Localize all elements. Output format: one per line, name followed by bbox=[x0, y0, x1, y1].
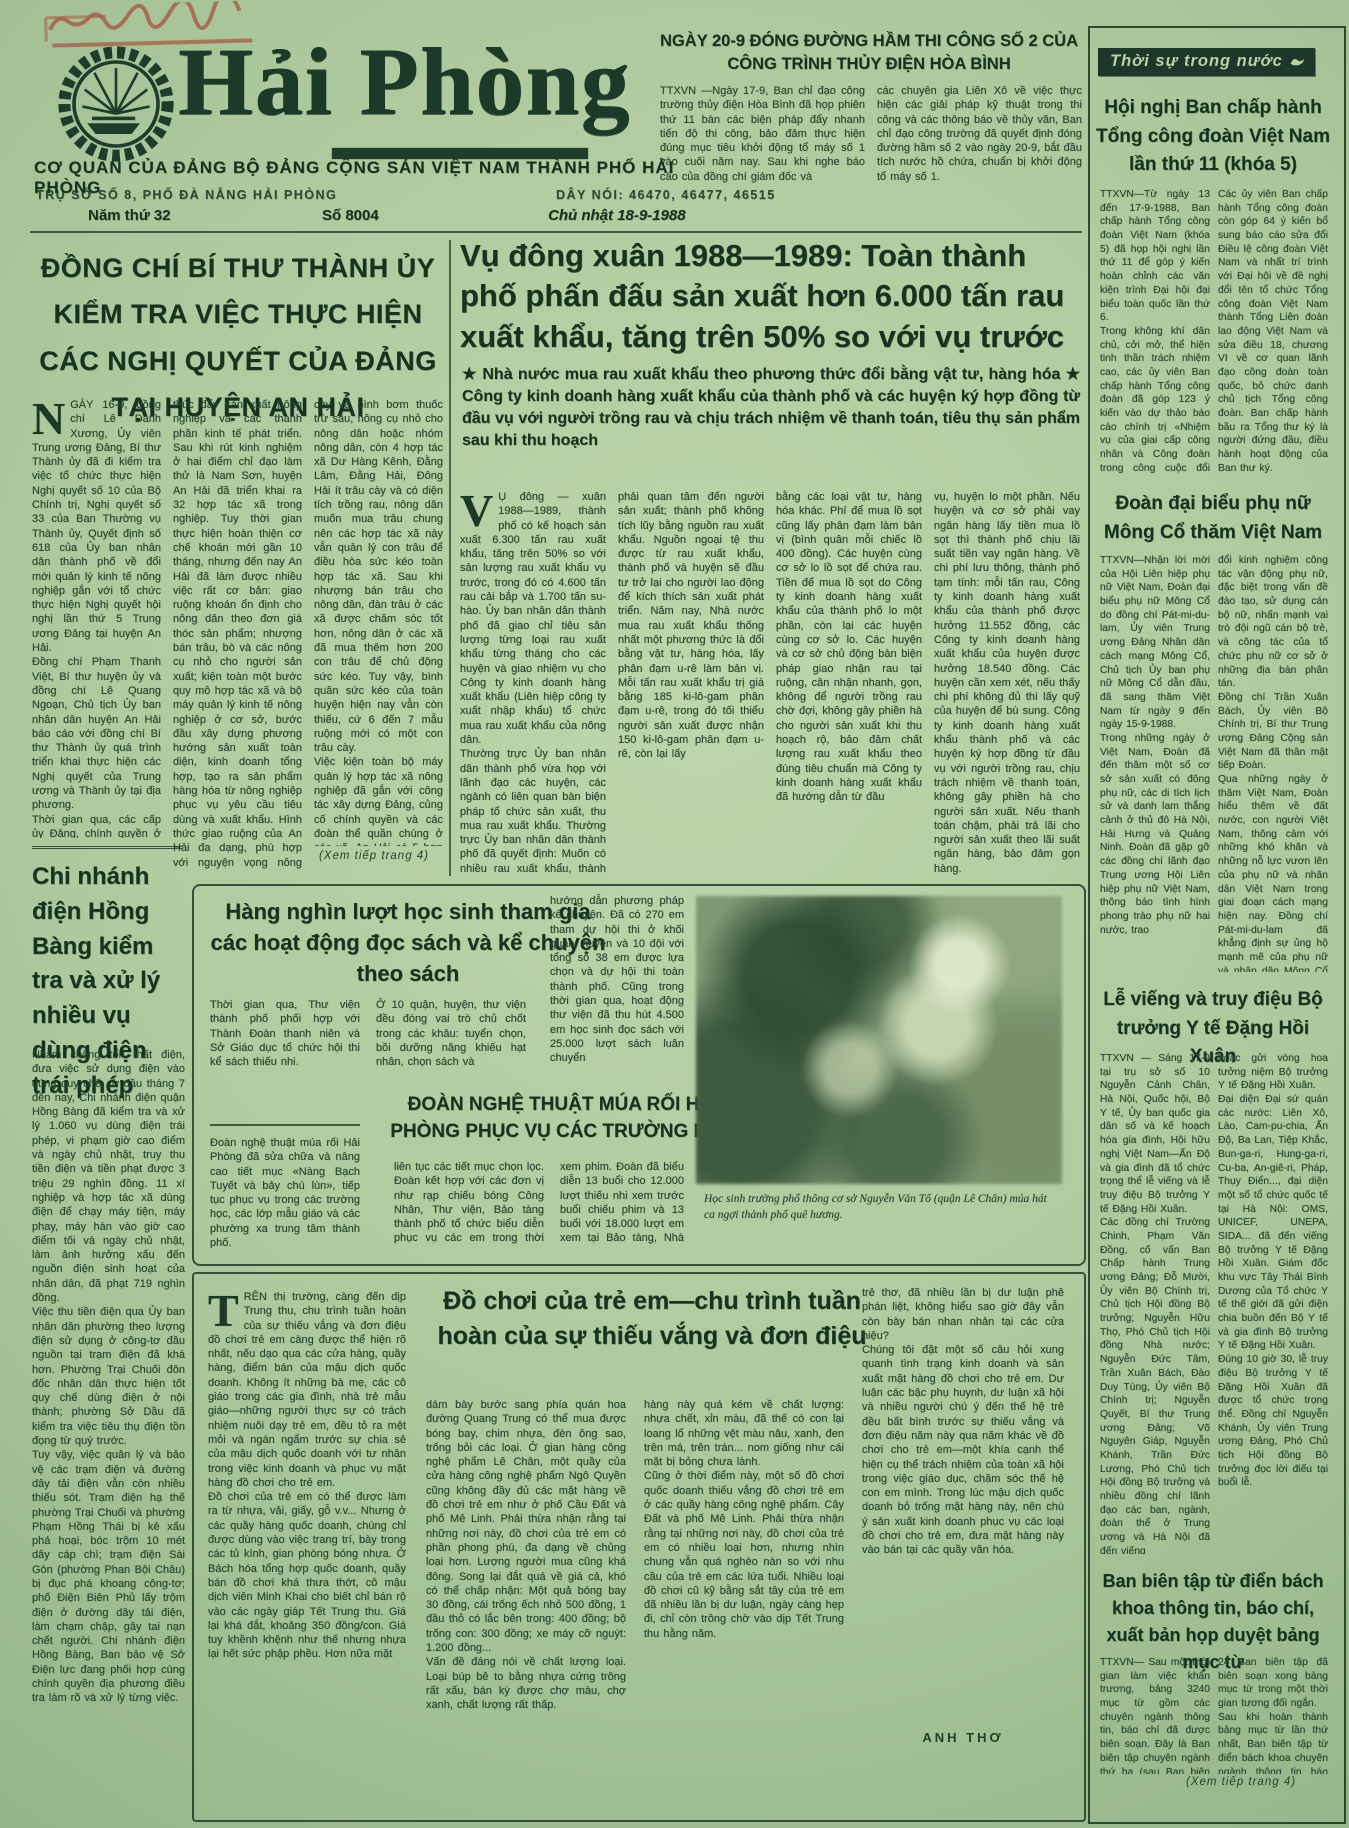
union-congress-col-1: TTXVN—Từ ngày 13 đến 17-9-1988, Ban chấp… bbox=[1100, 188, 1210, 476]
encyclopedia-col-2: 24 Ban biên tập đã biên soạn xong bảng m… bbox=[1218, 1656, 1328, 1774]
dong-xuan-col-1: VỤ đông — xuân 1988—1989, thành phố có k… bbox=[460, 490, 606, 875]
an-hai-col-1: NGÀY 16-9, đồng chí Lê Danh Xương, Ủy vi… bbox=[32, 398, 161, 838]
mongolia-delegation-title: Đoàn đại biểu phụ nữ Mông Cổ thăm Việt N… bbox=[1096, 490, 1330, 547]
memorial-col-1: TTXVN — Sáng 17-9 tại trụ sở số 10 Nguyễ… bbox=[1100, 1052, 1210, 1554]
dong-xuan-col-4: vụ, huyện lo một phần. Nếu huyện và cơ s… bbox=[934, 490, 1080, 875]
mua-roi-col-2: liên tục các tiết mục chọn lọc. Đoàn kết… bbox=[394, 1160, 544, 1246]
year-label: Năm thứ 32 bbox=[88, 207, 171, 224]
an-hai-dropcap: N bbox=[32, 401, 65, 438]
an-hai-continued-note: (Xem tiếp trang 4) bbox=[304, 850, 444, 862]
dong-xuan-body: VỤ đông — xuân 1988—1989, thành phố có k… bbox=[460, 490, 1082, 875]
dong-xuan-subhead: ★ Nhà nước mua rau xuất khẩu theo phương… bbox=[462, 364, 1080, 452]
hoc-sinh-col-3: hướng dẫn phương pháp kể chuyện. Đã có 2… bbox=[550, 894, 684, 1086]
gear-emblem-icon bbox=[56, 44, 176, 164]
mua-roi-article-title: ĐOÀN NGHỆ THUẬT MÚA RỐI HẢI PHÒNG PHỤC V… bbox=[390, 1092, 736, 1145]
memorial-body: TTXVN — Sáng 17-9 tại trụ sở số 10 Nguyễ… bbox=[1100, 1052, 1328, 1554]
union-congress-title: Hội nghị Ban chấp hành Tổng công đoàn Vi… bbox=[1096, 94, 1330, 180]
students-photo bbox=[696, 896, 1062, 1184]
section-divider bbox=[32, 846, 182, 849]
domestic-banner-label: Thời sự trong nước bbox=[1110, 52, 1283, 71]
do-choi-col-3: hàng này quá kém về chất lượng: nhựa chế… bbox=[644, 1398, 844, 1796]
encyclopedia-body: TTXVN— Sau một thời gian làm việc khẩn t… bbox=[1100, 1656, 1328, 1774]
mongolia-col-2: đổi kinh nghiệm công tác vận động phụ nữ… bbox=[1218, 554, 1328, 972]
tunnel-article-title: NGÀY 20-9 ĐÓNG ĐƯỜNG HẦM THI CÔNG SỐ 2 C… bbox=[655, 30, 1083, 76]
dien-article-body: Nhằm chống tổn thất điện, đưa việc sử dụ… bbox=[32, 1048, 185, 1812]
photo-caption: Học sinh trường phổ thông cơ sở Nguyễn V… bbox=[704, 1192, 1058, 1223]
union-congress-body: TTXVN—Từ ngày 13 đến 17-9-1988, Ban chấp… bbox=[1100, 188, 1328, 476]
column-divider bbox=[449, 240, 451, 876]
memorial-col-2: hoặc gửi vòng hoa tưởng niệm Bộ trưởng Y… bbox=[1218, 1052, 1328, 1554]
an-hai-col-2: thúc đẩy sản xuất nông nghiệp và các thà… bbox=[173, 398, 302, 870]
author-signature: ANH THƠ bbox=[862, 1730, 1064, 1745]
address-line: TRỤ SỞ SỐ 8, PHỐ ĐÀ NẴNG HẢI PHÒNG bbox=[36, 188, 337, 202]
do-choi-col-1-text: RÊN thị trường, càng đến dịp Trung thu, … bbox=[208, 1291, 406, 1660]
do-choi-col-1: TRÊN thị trường, càng đến dịp Trung thu,… bbox=[208, 1290, 406, 1796]
mua-roi-col-3: xem phim. Đoàn đã biểu diễn 13 buổi cho … bbox=[560, 1160, 684, 1246]
do-choi-col-4: trẻ thơ, đã nhiều lần bị dư luận phê phá… bbox=[862, 1286, 1064, 1714]
tunnel-col-2: các chuyên gia Liên Xô về việc thực hiện… bbox=[877, 84, 1082, 222]
union-congress-col-2: Các ủy viên Ban chấp hành Tổng công đoàn… bbox=[1218, 188, 1328, 476]
do-choi-dropcap: T bbox=[208, 1293, 239, 1330]
encyclopedia-continued-note: (Xem tiếp trang 4) bbox=[1186, 1776, 1326, 1788]
header-divider bbox=[30, 231, 1082, 233]
domestic-news-box: Thời sự trong nước Hội nghị Ban chấp hàn… bbox=[1088, 26, 1346, 1824]
newspaper-logo bbox=[56, 44, 176, 164]
mua-roi-col-1: Đoàn nghệ thuật múa rối Hải Phòng đã sửa… bbox=[210, 1136, 360, 1248]
an-hai-col-1-text: GÀY 16-9, đồng chí Lê Danh Xương, Ủy viê… bbox=[32, 399, 161, 838]
mongolia-col-1: TTXVN—Nhận lời mời của Hội Liên hiệp phụ… bbox=[1100, 554, 1210, 972]
masthead-title: Hải Phòng bbox=[178, 34, 631, 130]
phone-line: DÂY NÓI: 46470, 46477, 46515 bbox=[556, 188, 776, 202]
newspaper-front-page: Hải Phòng NGÀY 20-9 ĐÓNG ĐƯỜNG HẦM THI C… bbox=[0, 0, 1349, 1828]
school-news-box: Hàng nghìn lượt học sinh tham gia các ho… bbox=[192, 884, 1086, 1266]
box-inner-divider bbox=[210, 1124, 360, 1126]
mongolia-delegation-body: TTXVN—Nhận lời mời của Hội Liên hiệp phụ… bbox=[1100, 554, 1328, 972]
do-choi-article-title: Đồ chơi của trẻ em—chu trình tuần hoàn c… bbox=[426, 1284, 878, 1353]
do-choi-col-2: dám bày bước sang phía quán hoa đường Qu… bbox=[426, 1398, 626, 1796]
domestic-news-banner: Thời sự trong nước bbox=[1098, 48, 1315, 76]
encyclopedia-col-1: TTXVN— Sau một thời gian làm việc khẩn t… bbox=[1100, 1656, 1210, 1774]
hoc-sinh-article-title: Hàng nghìn lượt học sinh tham gia các ho… bbox=[208, 896, 608, 990]
toys-article-box: TRÊN thị trường, càng đến dịp Trung thu,… bbox=[192, 1272, 1086, 1822]
dove-icon bbox=[1289, 55, 1305, 69]
dong-xuan-article-title: Vụ đông xuân 1988—1989: Toàn thành phố p… bbox=[460, 236, 1082, 357]
dong-xuan-col-1-text: Ụ đông — xuân 1988—1989, thành phố có kế… bbox=[460, 491, 606, 875]
date-label: Chủ nhật 18-9-1988 bbox=[548, 207, 686, 224]
hoc-sinh-col-1: Thời gian qua, Thư viện thành phố phối h… bbox=[210, 998, 360, 1114]
dong-xuan-dropcap: V bbox=[460, 493, 493, 530]
issue-number: Số 8004 bbox=[322, 207, 379, 224]
dong-xuan-col-3: bằng các loại vật tư, hàng hóa khác. Phí… bbox=[776, 490, 922, 875]
dong-xuan-col-2: phải quan tâm đến người sản xuất; thành … bbox=[618, 490, 764, 875]
an-hai-col-3: cày và bình bơm thuốc trừ sâu, nông cụ n… bbox=[314, 398, 443, 846]
